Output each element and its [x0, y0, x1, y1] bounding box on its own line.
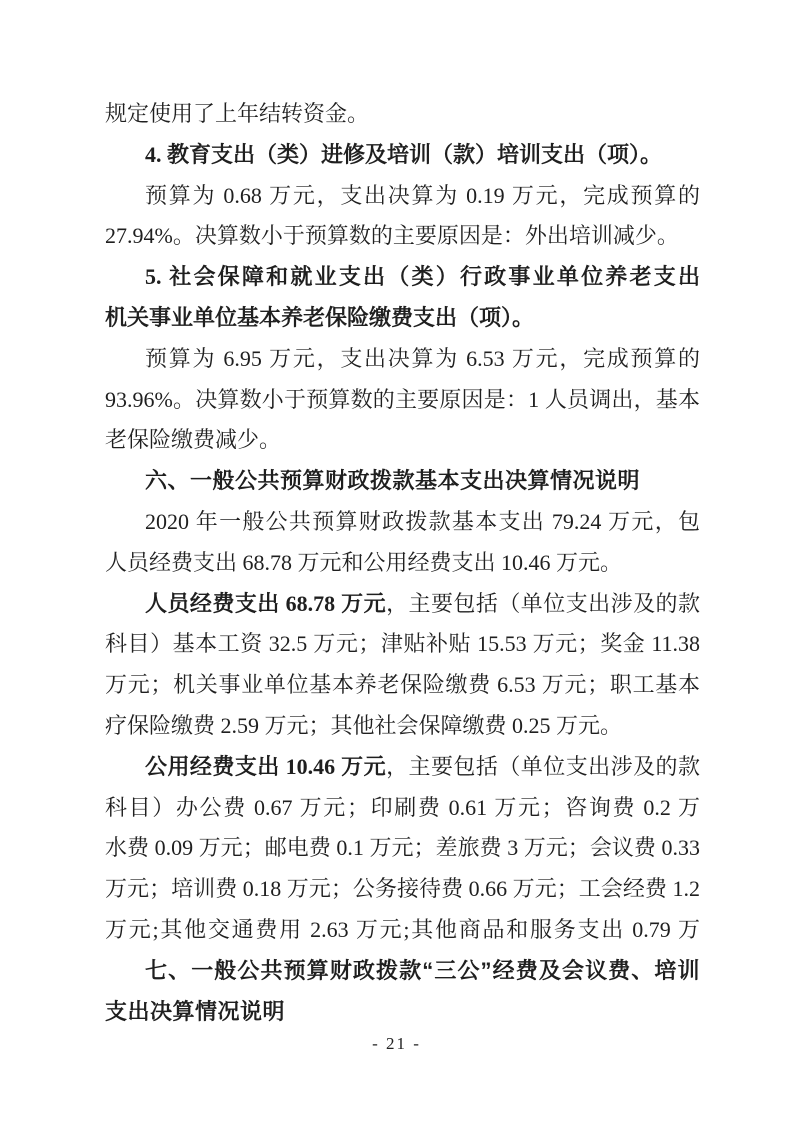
section-heading-line: 七、一般公共预算财政拨款“三公”经费及会议费、培训费: [105, 951, 700, 992]
section-heading-line: 支出决算情况说明: [105, 992, 700, 1033]
item-title-line: 4. 教育支出（类）进修及培训（款）培训支出（项）。: [105, 135, 700, 176]
bold-lead-text: 公用经费支出 10.46 万元: [145, 754, 386, 779]
paragraph-line: 规定使用了上年结转资金。: [105, 94, 700, 135]
document-page: 规定使用了上年结转资金。4. 教育支出（类）进修及培训（款）培训支出（项）。预算…: [0, 0, 793, 1122]
paragraph-line: 万元;其他交通费用 2.63 万元;其他商品和服务支出 0.79 万元。: [105, 910, 700, 951]
paragraph-line: 93.96%。决算数小于预算数的主要原因是：1 人员调出，基本养: [105, 380, 700, 421]
document-body: 规定使用了上年结转资金。4. 教育支出（类）进修及培训（款）培训支出（项）。预算…: [105, 94, 700, 1032]
bold-lead-text: 人员经费支出 68.78 万元: [145, 591, 386, 616]
paragraph-line: 科目）办公费 0.67 万元；印刷费 0.61 万元；咨询费 0.2 万元；: [105, 788, 700, 829]
paragraph-line: 公用经费支出 10.46 万元，主要包括（单位支出涉及的款级: [105, 747, 700, 788]
paragraph-line: 水费 0.09 万元；邮电费 0.1 万元；差旅费 3 万元；会议费 0.33: [105, 828, 700, 869]
paragraph-line: 人员经费支出 68.78 万元和公用经费支出 10.46 万元。: [105, 543, 700, 584]
paragraph-line: 疗保险缴费 2.59 万元；其他社会保障缴费 0.25 万元。: [105, 706, 700, 747]
item-title-line: 机关事业单位基本养老保险缴费支出（项）。: [105, 298, 700, 339]
page-number: - 21 -: [0, 1032, 793, 1056]
paragraph-line: 预算为 6.95 万元，支出决算为 6.53 万元，完成预算的: [105, 339, 700, 380]
paragraph-line: 万元；机关事业单位基本养老保险缴费 6.53 万元；职工基本医: [105, 665, 700, 706]
paragraph-line: 老保险缴费减少。: [105, 420, 700, 461]
paragraph-line: 万元；培训费 0.18 万元；公务接待费 0.66 万元；工会经费 1.2: [105, 869, 700, 910]
paragraph-line: 2020 年一般公共预算财政拨款基本支出 79.24 万元，包括:: [105, 502, 700, 543]
paragraph-line: 科目）基本工资 32.5 万元；津贴补贴 15.53 万元；奖金 11.38: [105, 624, 700, 665]
item-title-line: 5. 社会保障和就业支出（类）行政事业单位养老支出（款）: [105, 257, 700, 298]
paragraph-line: 27.94%。决算数小于预算数的主要原因是：外出培训减少。: [105, 216, 700, 257]
section-heading-line: 六、一般公共预算财政拨款基本支出决算情况说明: [105, 461, 700, 502]
paragraph-line: 预算为 0.68 万元，支出决算为 0.19 万元，完成预算的: [105, 176, 700, 217]
paragraph-line: 人员经费支出 68.78 万元，主要包括（单位支出涉及的款级: [105, 584, 700, 625]
